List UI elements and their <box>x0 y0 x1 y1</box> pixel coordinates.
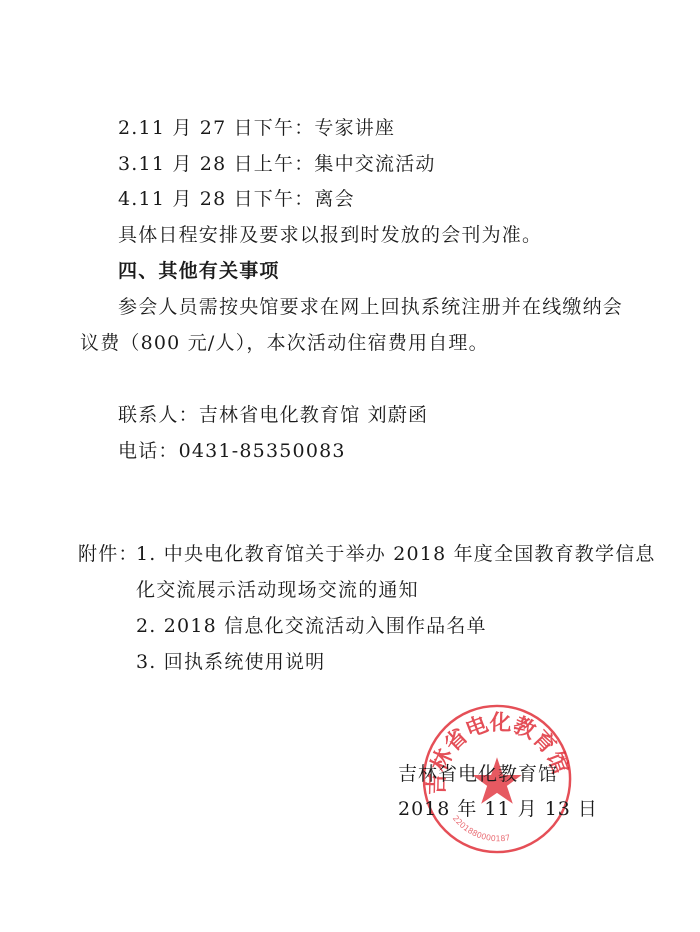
contact-person: 联系人：吉林省电化教育馆 刘蔚函 <box>118 403 428 427</box>
schedule-item-3: 3.11 月 28 日上午：集中交流活动 <box>118 152 436 176</box>
attachment-item-3: 3. 回执系统使用说明 <box>136 650 325 674</box>
schedule-item-2: 2.11 月 27 日下午：专家讲座 <box>118 116 395 140</box>
schedule-item-4: 4.11 月 28 日下午：离会 <box>118 187 355 211</box>
attachment-item-2: 2. 2018 信息化交流活动入围作品名单 <box>136 614 487 638</box>
signature-date: 2018 年 11 月 13 日 <box>398 797 598 821</box>
section-heading-other-matters: 四、其他有关事项 <box>118 259 280 283</box>
attachment-item-1-cont: 化交流展示活动现场交流的通知 <box>136 578 419 602</box>
contact-phone: 电话：0431-85350083 <box>118 439 346 463</box>
attachment-item-1: 1. 中央电化教育馆关于举办 2018 年度全国教育教学信息 <box>136 542 656 566</box>
schedule-note: 具体日程安排及要求以报到时发放的会刊为准。 <box>118 223 542 247</box>
fee-paragraph-line2: 议费（800 元/人），本次活动住宿费用自理。 <box>80 331 489 355</box>
attachments-label: 附件： <box>78 542 139 566</box>
signature-organization: 吉林省电化教育馆 <box>398 762 558 786</box>
fee-paragraph-line1: 参会人员需按央馆要求在网上回执系统注册并在线缴纳会 <box>118 295 623 319</box>
document-page: 2.11 月 27 日下午：专家讲座 3.11 月 28 日上午：集中交流活动 … <box>0 0 700 932</box>
